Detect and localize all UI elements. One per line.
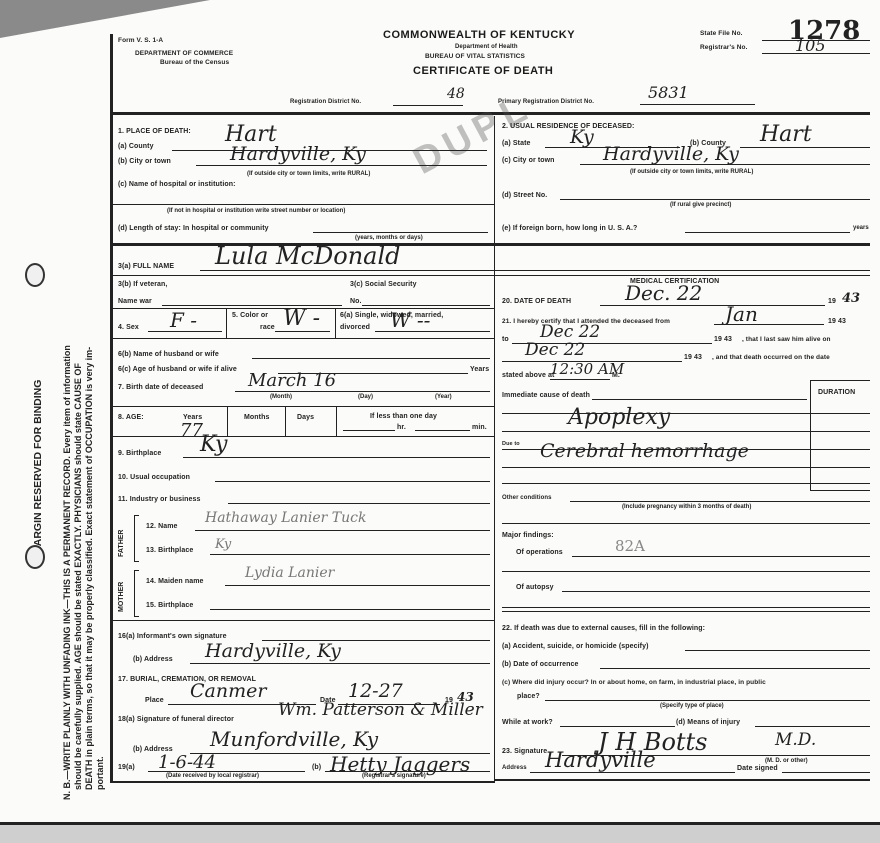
mother-bracket — [134, 570, 139, 617]
color-value: W - — [283, 306, 320, 331]
reg-district-label: Registration District No. — [290, 99, 361, 105]
mother-label: MOTHER — [118, 582, 125, 612]
duration-divider — [810, 380, 811, 490]
last-saw-value: Dec 22 — [525, 340, 585, 360]
occurrence-label: (b) Date of occurrence — [502, 661, 579, 668]
physician-address-value: Hardyville — [545, 748, 656, 772]
cause-line-2 — [502, 431, 870, 432]
to-label: to — [502, 336, 509, 343]
father-label: FATHER — [118, 530, 125, 557]
mother-maiden-label: 14. Maiden name — [146, 578, 204, 585]
autopsy-line — [562, 591, 870, 592]
state-file-label: State File No. — [700, 30, 743, 37]
attended-to-value: Dec 22 — [540, 322, 600, 342]
death-year-prefix: 19 — [828, 298, 836, 305]
instructions-line-2: should be carefully supplied. AGE should… — [73, 363, 83, 790]
full-name-line — [200, 270, 870, 271]
birthplace-value: Ky — [200, 432, 227, 457]
informant-address-line — [190, 663, 490, 664]
binding-hole-bottom — [25, 545, 45, 569]
occurred-label: , and that death occurred on the date — [712, 354, 830, 361]
father-name-label: 12. Name — [146, 523, 178, 530]
full-name-label: 3(a) FULL NAME — [118, 263, 174, 270]
father-name-value: Hathaway Lanier Tuck — [205, 510, 366, 526]
work-label: While at work? — [502, 719, 553, 726]
signature-label: 23. Signature — [502, 748, 547, 755]
operations-label: Of operations — [516, 549, 563, 556]
informant-address-value: Hardyville, Ky — [205, 640, 341, 662]
name-rule — [110, 275, 494, 276]
pod-stay-line — [313, 232, 488, 233]
last-saw-label: , that I last saw him alive on — [742, 336, 831, 343]
cause-line-5 — [502, 483, 870, 484]
stated-label: stated above at — [502, 372, 554, 379]
place-label: place? — [517, 693, 540, 700]
res-city-note: (If outside city or town limits, write R… — [630, 169, 753, 175]
res-state-value: Ky — [570, 126, 594, 148]
cause-line-1 — [502, 413, 870, 414]
death-date-label: 20. DATE OF DEATH — [502, 298, 571, 305]
res-state-label: (a) State — [502, 140, 531, 147]
res-foreign-line — [685, 232, 850, 233]
pod-city-value: Hardyville, Ky — [230, 143, 366, 165]
last-saw-year: 19 43 — [684, 354, 702, 361]
burial-place-label: Place — [145, 697, 164, 704]
work-line — [560, 726, 675, 727]
father-name-line — [195, 530, 490, 531]
hr-line — [343, 430, 395, 431]
bureau-census: Bureau of the Census — [160, 59, 229, 66]
birthplace-label: 9. Birthplace — [118, 450, 161, 457]
left-bottom-rule — [110, 781, 494, 783]
marital-value: W -- — [390, 308, 430, 332]
ss-line — [362, 305, 490, 306]
occupation-label: 10. Usual occupation — [118, 474, 190, 481]
funeral-director-label: 18(a) Signature of funeral director — [118, 716, 234, 723]
primary-reg-line — [640, 104, 755, 105]
res-foreign-suffix: years — [853, 225, 869, 231]
parents-rule — [110, 620, 494, 621]
instructions-line-3: DEATH in plain terms, so that it may be … — [84, 347, 94, 790]
pod-stay-label: (d) Length of stay: In hospital or commu… — [118, 225, 269, 232]
min-label: min. — [472, 424, 487, 431]
marital-label-2: divorced — [340, 324, 370, 331]
birth-rule — [110, 406, 494, 407]
means-line — [755, 726, 870, 727]
scan-bottom-edge — [0, 822, 880, 843]
month-note: (Month) — [270, 394, 292, 400]
color-line — [275, 331, 330, 332]
funeral-director-value: Wm. Patterson & Miller — [278, 700, 483, 720]
occupation-line — [215, 481, 490, 482]
res-county-line — [740, 147, 870, 148]
birth-date-label: 7. Birth date of deceased — [118, 384, 203, 391]
day-note: (Day) — [358, 394, 373, 400]
father-bracket — [134, 515, 139, 562]
age-div-3 — [336, 406, 337, 436]
color-divider — [335, 308, 336, 338]
age-div-2 — [285, 406, 286, 436]
date-signed-line — [782, 772, 870, 773]
mother-birthplace-line — [210, 609, 490, 610]
received-value: 1-6-44 — [158, 752, 216, 773]
commonwealth-title: COMMONWEALTH OF KENTUCKY — [383, 29, 575, 41]
pod-divider — [110, 204, 494, 205]
spouse-label: 6(b) Name of husband or wife — [118, 351, 219, 358]
informant-address-label: (b) Address — [133, 656, 173, 663]
mother-maiden-line — [225, 585, 490, 586]
mother-maiden-value: Lydia Lanier — [245, 565, 334, 581]
form-number: Form V. S. 1-A — [118, 37, 163, 44]
pod-city-label: (b) City or town — [118, 158, 171, 165]
mother-birthplace-label: 15. Birthplace — [146, 602, 193, 609]
duration-label: DURATION — [818, 389, 855, 396]
age-label: 8. AGE: — [118, 414, 144, 421]
date-signed-label: Date signed — [737, 765, 778, 772]
time-suffix: M. — [612, 372, 620, 379]
industry-label: 11. Industry or business — [118, 496, 201, 503]
father-birthplace-value: Ky — [215, 537, 231, 552]
color-label-1: 5. Color or — [232, 312, 268, 319]
birth-date-value: March 16 — [248, 370, 336, 391]
place-of-death-title: 1. PLACE OF DEATH: — [118, 128, 191, 135]
res-street-label: (d) Street No. — [502, 192, 547, 199]
residence-title: 2. USUAL RESIDENCE OF DECEASED: — [502, 123, 635, 130]
registrar-no-label: Registrar's No. — [700, 44, 747, 51]
primary-reg-value: 5831 — [648, 83, 689, 102]
binding-margin-note: MARGIN RESERVED FOR BINDING — [32, 380, 44, 555]
registrar-no-value: 105 — [795, 36, 826, 55]
res-foreign-label: (e) If foreign born, how long in U. S. A… — [502, 225, 637, 232]
other-line-2 — [502, 523, 870, 524]
registrar-sig-note: (Registrar's signature) — [362, 773, 426, 779]
res-street-note: (If rural give precinct) — [670, 202, 731, 208]
res-street-line — [560, 199, 870, 200]
operations-line — [572, 556, 870, 557]
funeral-address-value: Munfordville, Ky — [210, 727, 378, 751]
autopsy-label: Of autopsy — [516, 584, 554, 591]
due-to-value: Cerebral hemorrhage — [540, 440, 749, 462]
ss-label: 3(c) Social Security — [350, 281, 417, 288]
informant-signature-label: 16(a) Informant's own signature — [118, 633, 227, 640]
frame-left — [110, 34, 113, 782]
findings-line-2 — [502, 571, 870, 572]
binding-hole-top — [25, 263, 45, 287]
veteran-label: 3(b) If veteran, — [118, 281, 167, 288]
industry-line — [228, 503, 490, 504]
pod-stay-note: (years, months or days) — [355, 235, 423, 241]
place-note: (Specify type of place) — [660, 703, 724, 709]
pod-hospital-label: (c) Name of hospital or institution: — [118, 181, 236, 188]
physician-address-line — [530, 772, 735, 773]
operations-value: 82A — [615, 537, 645, 555]
burial-date-value: 12-27 — [348, 680, 403, 702]
spouse-age-label: 6(c) Age of husband or wife if alive — [118, 366, 237, 373]
sex-rule — [110, 338, 494, 339]
death-date-line — [600, 305, 825, 306]
less-day-label: If less than one day — [370, 413, 437, 420]
reg-district-value: 48 — [447, 86, 465, 102]
war-label: Name war — [118, 298, 152, 305]
other-conditions-line — [570, 501, 870, 502]
major-findings-label: Major findings: — [502, 532, 554, 539]
time-line — [550, 379, 610, 380]
physician-address-label: Address — [502, 765, 527, 771]
attended-from-value: Jan — [725, 302, 758, 326]
where-label: (c) Where did injury occur? In or about … — [502, 679, 766, 686]
external-title: 22. If death was due to external causes,… — [502, 625, 705, 632]
death-certificate: MARGIN RESERVED FOR BINDING N. B.—WRITE … — [0, 0, 880, 843]
death-year-value: 43 — [842, 291, 860, 306]
min-line — [415, 430, 470, 431]
pod-city-note: (If outside city or town limits, write R… — [247, 171, 370, 177]
spouse-age-suffix: Years — [470, 366, 489, 373]
immediate-cause-value: Apoplexy — [568, 405, 670, 430]
department-commerce: DEPARTMENT OF COMMERCE — [135, 50, 233, 57]
res-county-value: Hart — [760, 122, 812, 147]
spouse-line — [252, 358, 490, 359]
occurrence-line — [600, 668, 870, 669]
reg-district-line — [393, 105, 463, 106]
res-city-value: Hardyville, Ky — [603, 143, 739, 165]
received-label: 19(a) — [118, 764, 135, 771]
due-to-label: Due to — [502, 441, 520, 447]
means-label: (d) Means of injury — [676, 719, 740, 726]
instructions-line-4: portant. — [95, 757, 105, 791]
cause-line-4 — [502, 467, 870, 468]
immediate-cause-label: Immediate cause of death — [502, 392, 590, 399]
birthplace-line — [183, 457, 490, 458]
sex-value: F - — [170, 308, 197, 332]
age-rule — [110, 436, 494, 437]
findings-rule — [502, 607, 870, 608]
duration-bottom — [810, 490, 870, 491]
sex-divider — [226, 308, 227, 338]
full-name-value: Lula McDonald — [215, 242, 401, 270]
color-label-2: race — [260, 324, 275, 331]
certificate-title: CERTIFICATE OF DEATH — [413, 65, 553, 77]
department-health: Department of Health — [455, 44, 518, 50]
pod-county-label: (a) County — [118, 143, 154, 150]
attended-to-year: 19 43 — [714, 336, 732, 343]
ss-no-label: No. — [350, 298, 362, 305]
father-birthplace-label: 13. Birthplace — [146, 547, 193, 554]
burial-place-value: Canmer — [190, 680, 266, 702]
hr-label: hr. — [397, 424, 406, 431]
months-label: Months — [244, 414, 269, 421]
accident-line — [685, 650, 870, 651]
bureau-vital: BUREAU OF VITAL STATISTICS — [425, 53, 525, 60]
registrar-sig-label: (b) — [312, 764, 321, 771]
physician-suffix: M.D. — [775, 730, 816, 750]
sex-label: 4. Sex — [118, 324, 139, 331]
md-note: (M. D. or other) — [765, 758, 808, 764]
immediate-cause-line — [592, 399, 807, 400]
other-conditions-label: Other conditions — [502, 495, 552, 501]
pod-street-note: (If not in hospital or institution write… — [167, 208, 345, 214]
name-rule-right — [494, 275, 870, 276]
right-bottom-rule — [494, 779, 870, 781]
birth-date-line — [235, 391, 490, 392]
duration-top — [810, 380, 870, 381]
place-line — [545, 700, 870, 701]
received-note: (Date received by local registrar) — [166, 773, 259, 779]
page-corner-shadow — [0, 0, 210, 38]
death-date-value: Dec. 22 — [625, 281, 702, 305]
year-note: (Year) — [435, 394, 452, 400]
accident-label: (a) Accident, suicide, or homicide (spec… — [502, 643, 649, 650]
days-label: Days — [297, 414, 314, 421]
other-conditions-note: (Include pregnancy within 3 months of de… — [622, 504, 751, 510]
attended-from-year: 19 43 — [828, 318, 846, 325]
father-birthplace-line — [210, 554, 490, 555]
pod-city-line — [196, 165, 487, 166]
instructions-line-1: N. B.—WRITE PLAINLY WITH UNFADING INK—TH… — [62, 345, 72, 800]
frame-center-divider — [494, 116, 495, 783]
res-city-label: (c) City or town — [502, 157, 555, 164]
findings-rule-2 — [502, 611, 870, 612]
